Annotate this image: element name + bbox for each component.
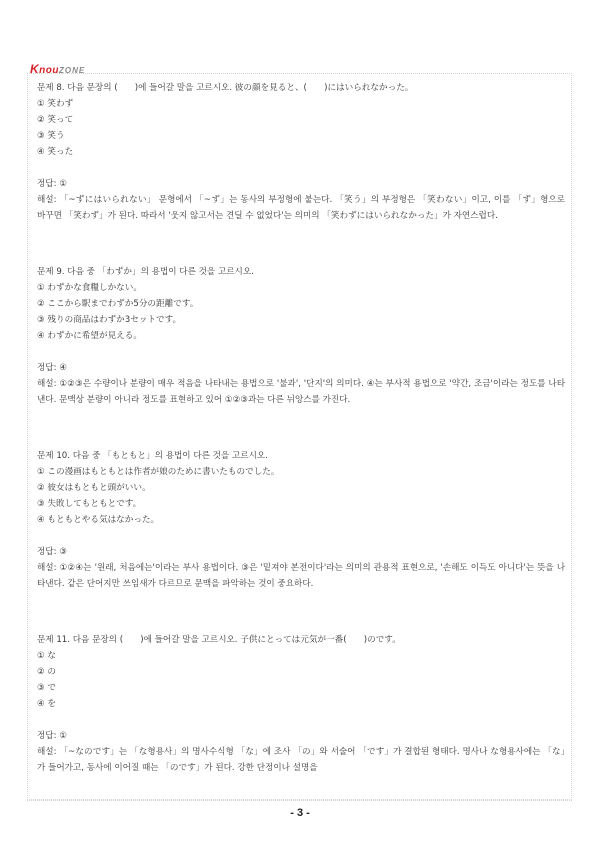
answer: 정답: ①: [37, 176, 565, 192]
question-8: 문제 8. 다음 문장의 ( )에 들어갈 말을 고르시오. 彼の顔を見ると、(…: [37, 80, 565, 224]
option-4: ④ 笑った: [37, 144, 565, 160]
question-title: 문제 8. 다음 문장의 ( )에 들어갈 말을 고르시오. 彼の顔を見ると、(…: [37, 80, 565, 96]
option-3: ③ 失敗してもともとです。: [37, 496, 565, 512]
option-1: ① この漫画はもともとは作者が娘のために書いたものでした。: [37, 464, 565, 480]
footer-divider: [27, 800, 572, 801]
question-11: 문제 11. 다음 문장의 ( )에 들어갈 말을 고르시오. 子供にとっては元…: [37, 632, 565, 776]
option-1: ① わずかな食糧しかない。: [37, 280, 565, 296]
question-title: 문제 11. 다음 문장의 ( )에 들어갈 말을 고르시오. 子供にとっては元…: [37, 632, 565, 648]
option-2: ② 彼女はもともと頭がいい。: [37, 480, 565, 496]
question-9: 문제 9. 다음 중 「わずか」의 용법이 다른 것을 고르시오. ① わずかな…: [37, 264, 565, 408]
option-1: ① な: [37, 648, 565, 664]
option-3: ③ で: [37, 680, 565, 696]
option-4: ④ わずかに希望が見える。: [37, 328, 565, 344]
explanation: 해설: 「~なのです」는 「な형용사」의 명사수식형 「な」에 조사 「の」와 …: [37, 744, 565, 776]
option-3: ③ 残りの商品はわずか3セットです。: [37, 312, 565, 328]
question-title: 문제 10. 다음 중 「もともと」의 용법이 다른 것을 고르시오.: [37, 448, 565, 464]
explanation: 해설: ①②④는 '원래, 처음에는'이라는 부사 용법이다. ③은 '밑져야 …: [37, 560, 565, 592]
answer: 정답: ③: [37, 544, 565, 560]
question-10: 문제 10. 다음 중 「もともと」의 용법이 다른 것을 고르시오. ① この…: [37, 448, 565, 592]
option-3: ③ 笑う: [37, 128, 565, 144]
document-body: 문제 8. 다음 문장의 ( )에 들어갈 말을 고르시오. 彼の顔を見ると、(…: [37, 80, 565, 776]
option-1: ① 笑わず: [37, 96, 565, 112]
option-2: ② 笑って: [37, 112, 565, 128]
page-number: - 3 -: [0, 807, 600, 819]
option-2: ② の: [37, 664, 565, 680]
answer: 정답: ①: [37, 728, 565, 744]
option-2: ② ここから駅までわずか5分の距離です。: [37, 296, 565, 312]
answer: 정답: ④: [37, 360, 565, 376]
question-title: 문제 9. 다음 중 「わずか」의 용법이 다른 것을 고르시오.: [37, 264, 565, 280]
option-4: ④ を: [37, 696, 565, 712]
option-4: ④ もともとやる気はなかった。: [37, 512, 565, 528]
explanation: 해설: 「~ずにはいられない」 문형에서 「~ず」는 동사의 부정형에 붙는다.…: [37, 192, 565, 224]
explanation: 해설: ①②③은 수량이나 분량이 매우 적음을 나타내는 용법으로 '불과',…: [37, 376, 565, 408]
